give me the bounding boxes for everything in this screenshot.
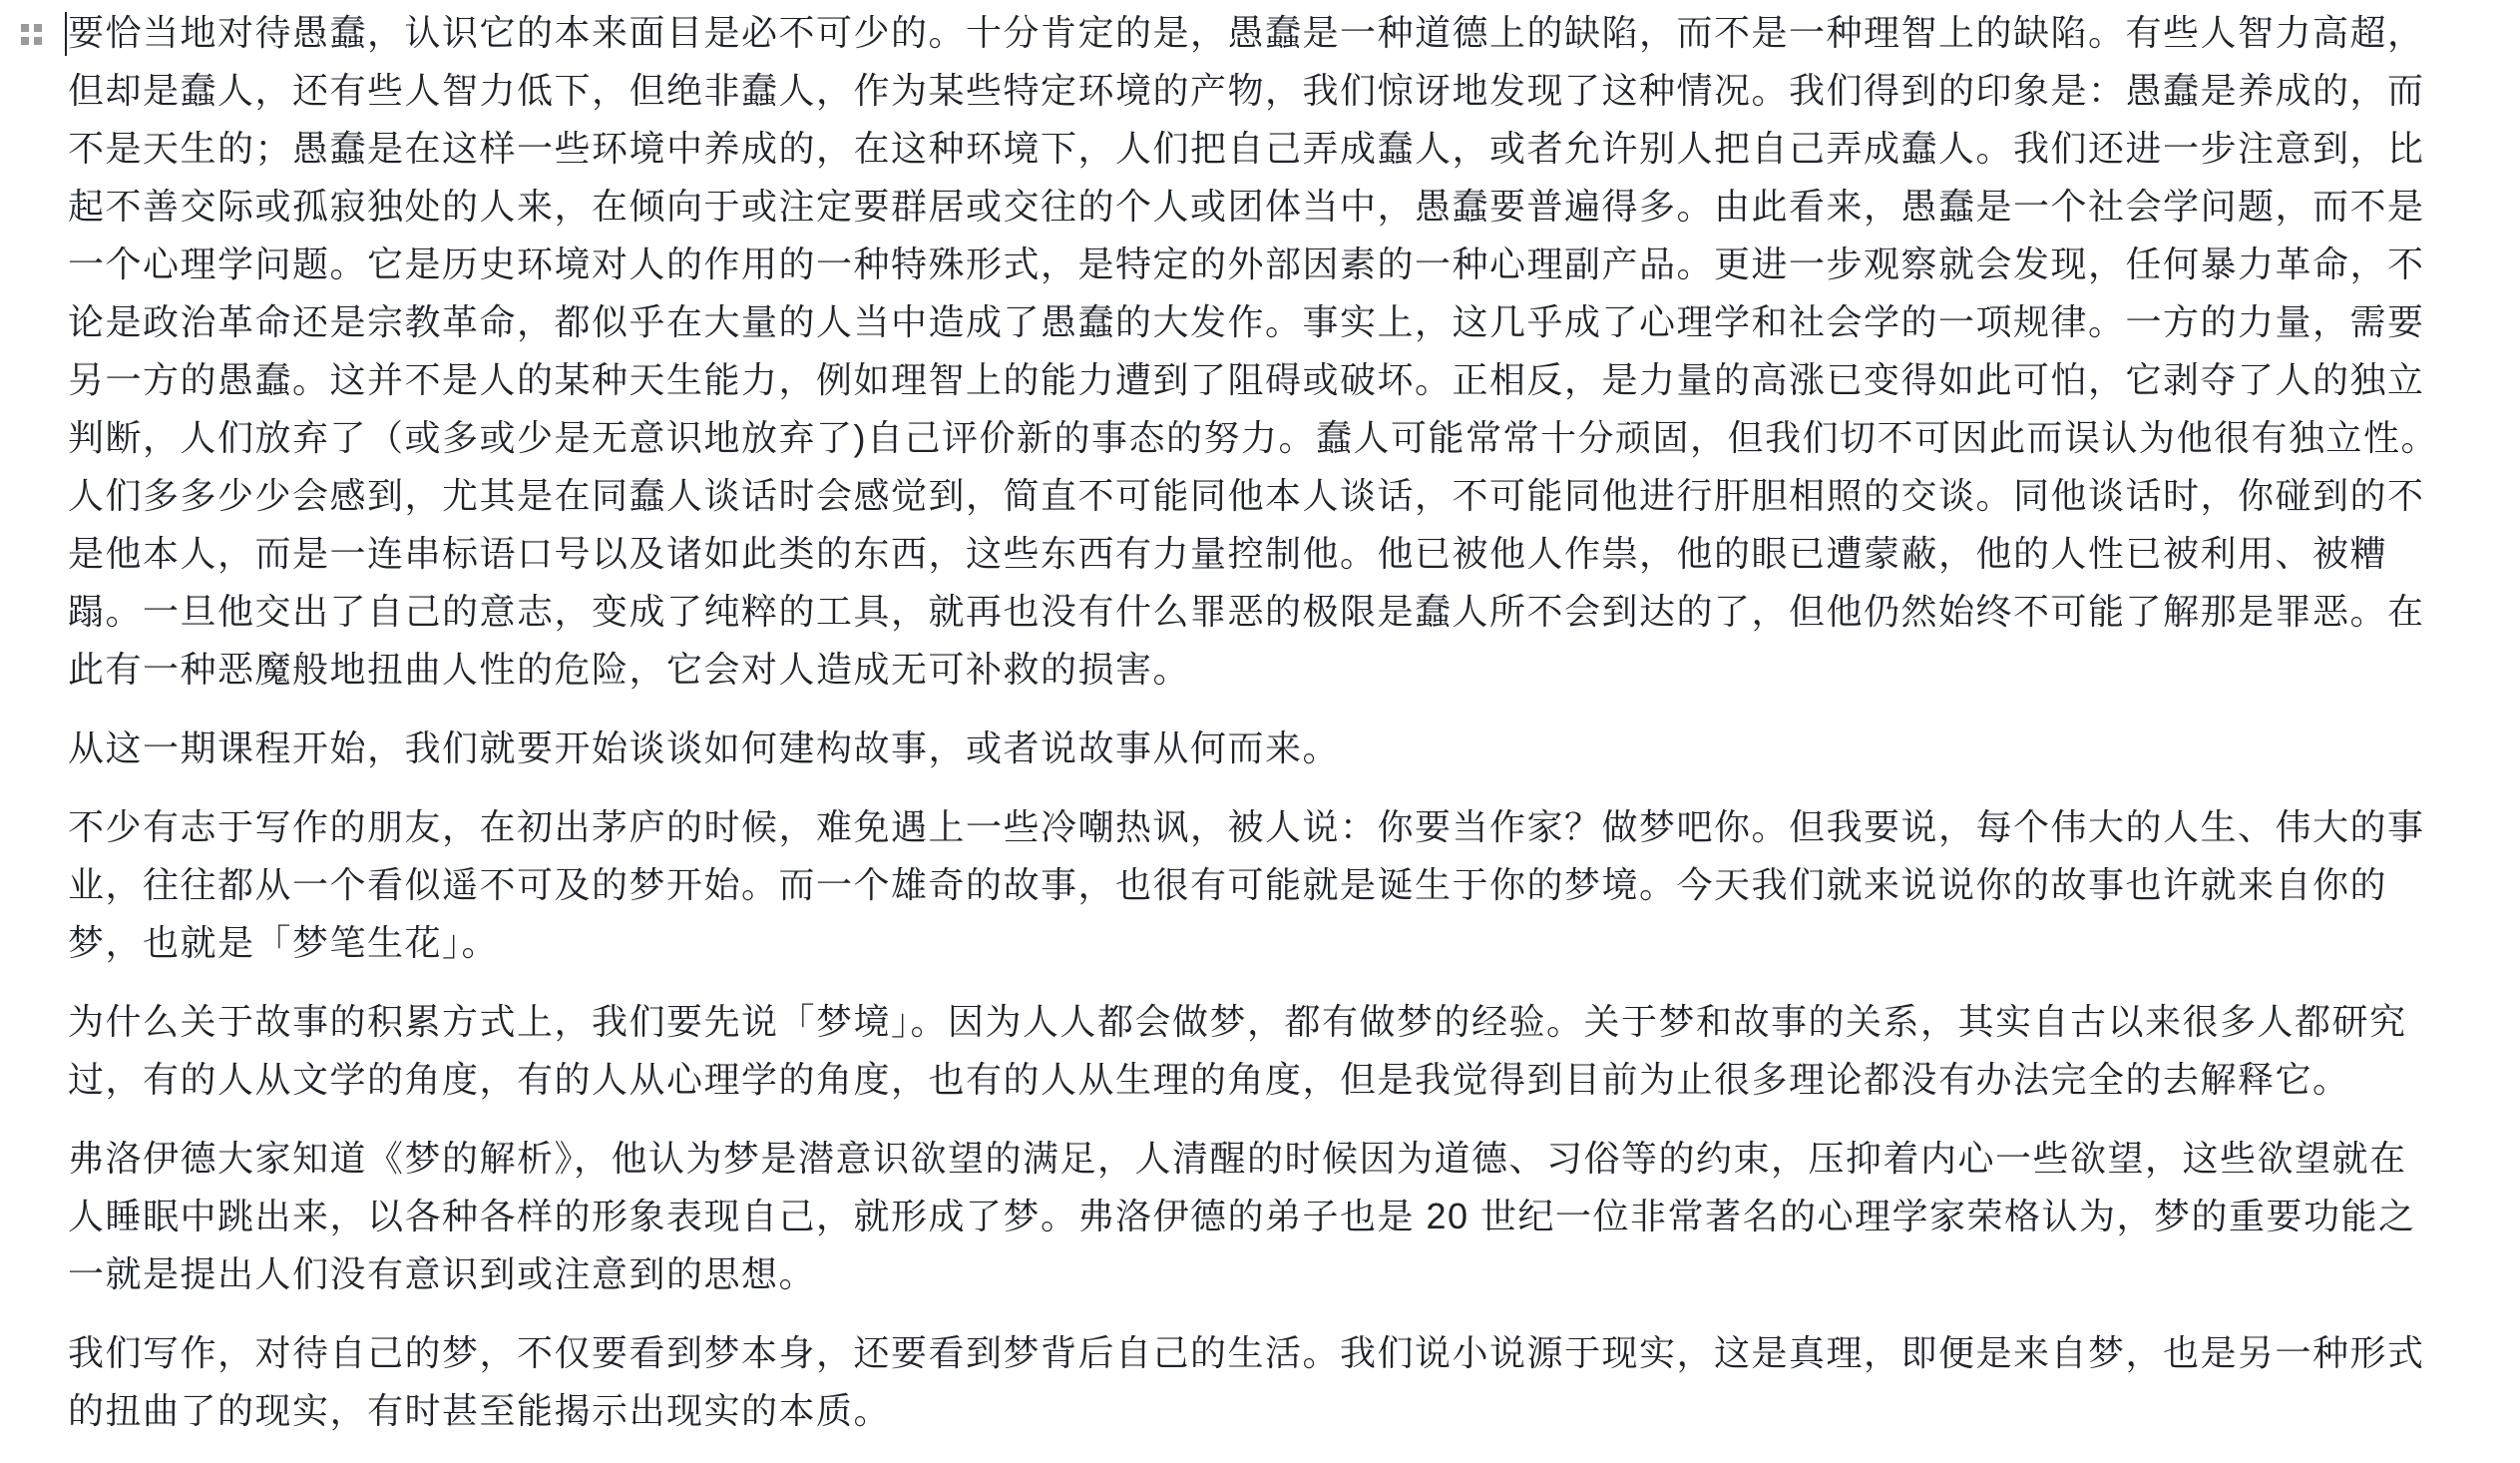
text-line[interactable]: 为什么关于故事的积累方式上，我们要先说「梦境」。因为人人都会做梦，都有做梦的经验…: [68, 993, 2454, 1051]
text-cursor: [65, 12, 67, 56]
text-line[interactable]: 我们写作，对待自己的梦，不仅要看到梦本身，还要看到梦背后自己的生活。我们说小说源…: [68, 1324, 2454, 1382]
text-line[interactable]: 一就是提出人们没有意识到或注意到的思想。: [68, 1245, 2454, 1303]
text-line[interactable]: 弗洛伊德大家知道《梦的解析》，他认为梦是潜意识欲望的满足，人清醒的时候因为道德、…: [68, 1130, 2454, 1188]
text-line[interactable]: 一个心理学问题。它是历史环境对人的作用的一种特殊形式，是特定的外部因素的一种心理…: [68, 236, 2454, 293]
drag-handle-dot: [21, 24, 29, 32]
document-editor[interactable]: 要恰当地对待愚蠢，认识它的本来面目是必不可少的。十分肯定的是，愚蠢是一种道德上的…: [0, 0, 2520, 1463]
text-line[interactable]: 蹋。一旦他交出了自己的意志，变成了纯粹的工具，就再也没有什么罪恶的极限是蠢人所不…: [68, 583, 2454, 641]
paragraph[interactable]: 要恰当地对待愚蠢，认识它的本来面目是必不可少的。十分肯定的是，愚蠢是一种道德上的…: [68, 4, 2454, 699]
paragraph[interactable]: 从这一期课程开始，我们就要开始谈谈如何建构故事，或者说故事从何而来。: [68, 720, 2454, 777]
text-line[interactable]: 是他本人，而是一连串标语口号以及诸如此类的东西，这些东西有力量控制他。他已被他人…: [68, 525, 2454, 583]
text-line[interactable]: 梦，也就是「梦笔生花」。: [68, 914, 2454, 972]
paragraph[interactable]: 弗洛伊德大家知道《梦的解析》，他认为梦是潜意识欲望的满足，人清醒的时候因为道德、…: [68, 1130, 2454, 1303]
drag-handle-dot: [34, 24, 42, 32]
text-line[interactable]: 从这一期课程开始，我们就要开始谈谈如何建构故事，或者说故事从何而来。: [68, 720, 2454, 777]
drag-handle-dot: [21, 37, 29, 45]
text-line[interactable]: 不少有志于写作的朋友，在初出茅庐的时候，难免遇上一些冷嘲热讽，被人说：你要当作家…: [68, 798, 2454, 856]
text-line[interactable]: 人睡眠中跳出来，以各种各样的形象表现自己，就形成了梦。弗洛伊德的弟子也是 20 …: [68, 1188, 2454, 1245]
text-line[interactable]: 人们多多少少会感到，尤其是在同蠢人谈话时会感觉到，简直不可能同他本人谈话，不可能…: [68, 467, 2454, 525]
text-line[interactable]: 过，有的人从文学的角度，有的人从心理学的角度，也有的人从生理的角度，但是我觉得到…: [68, 1051, 2454, 1109]
drag-handle-dot: [34, 37, 42, 45]
document-body[interactable]: 要恰当地对待愚蠢，认识它的本来面目是必不可少的。十分肯定的是，愚蠢是一种道德上的…: [68, 4, 2454, 1440]
paragraph[interactable]: 不少有志于写作的朋友，在初出茅庐的时候，难免遇上一些冷嘲热讽，被人说：你要当作家…: [68, 798, 2454, 972]
text-line[interactable]: 业，往往都从一个看似遥不可及的梦开始。而一个雄奇的故事，也很有可能就是诞生于你的…: [68, 856, 2454, 914]
paragraph[interactable]: 我们写作，对待自己的梦，不仅要看到梦本身，还要看到梦背后自己的生活。我们说小说源…: [68, 1324, 2454, 1440]
text-line[interactable]: 此有一种恶魔般地扭曲人性的危险，它会对人造成无可补救的损害。: [68, 641, 2454, 699]
text-line[interactable]: 起不善交际或孤寂独处的人来，在倾向于或注定要群居或交往的个人或团体当中，愚蠢要普…: [68, 178, 2454, 236]
block-drag-handle-icon[interactable]: [21, 24, 42, 45]
paragraph[interactable]: 为什么关于故事的积累方式上，我们要先说「梦境」。因为人人都会做梦，都有做梦的经验…: [68, 993, 2454, 1109]
text-line[interactable]: 但却是蠢人，还有些人智力低下，但绝非蠢人，作为某些特定环境的产物，我们惊讶地发现…: [68, 62, 2454, 120]
text-line[interactable]: 判断，人们放弃了（或多或少是无意识地放弃了)自己评价新的事态的努力。蠢人可能常常…: [68, 409, 2454, 467]
text-line[interactable]: 论是政治革命还是宗教革命，都似乎在大量的人当中造成了愚蠢的大发作。事实上，这几乎…: [68, 293, 2454, 351]
text-line[interactable]: 的扭曲了的现实，有时甚至能揭示出现实的本质。: [68, 1382, 2454, 1440]
text-line[interactable]: 另一方的愚蠢。这并不是人的某种天生能力，例如理智上的能力遭到了阻碍或破坏。正相反…: [68, 351, 2454, 409]
text-line[interactable]: 不是天生的；愚蠢是在这样一些环境中养成的，在这种环境下，人们把自己弄成蠢人，或者…: [68, 120, 2454, 178]
text-line[interactable]: 要恰当地对待愚蠢，认识它的本来面目是必不可少的。十分肯定的是，愚蠢是一种道德上的…: [68, 4, 2454, 62]
